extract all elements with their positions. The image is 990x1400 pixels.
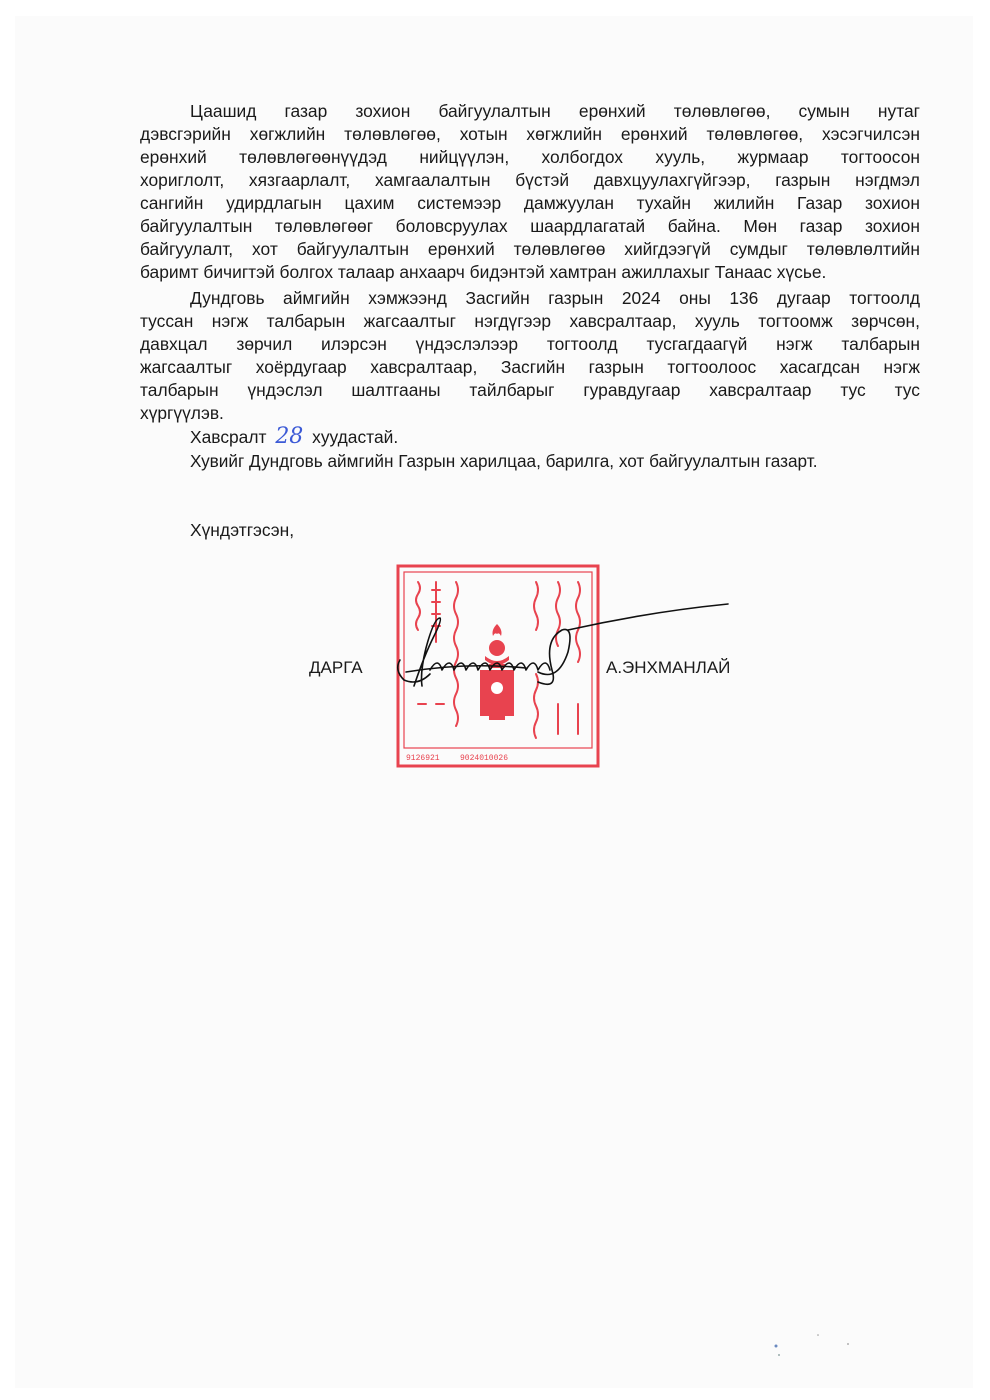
attachment-page-count: 28 (275, 424, 303, 449)
paragraph-line: Цаашидгазарзохионбайгуулалтынерөнхийтөлө… (190, 100, 920, 123)
closing-salutation: Хүндэтгэсэн, (190, 519, 920, 542)
paragraph-line: баримт бичигтэй болгох талаар анхаарч би… (140, 261, 826, 284)
paragraph-line: талбарынүндэслэлшалтгаанытайлбарыггуравд… (140, 379, 920, 402)
paragraph-line: хориглолт,хязгаарлалт,хамгаалалтынбүстэй… (140, 169, 920, 192)
scan-artifacts (760, 1330, 860, 1370)
stamp-registry-left: 9126921 (406, 754, 440, 763)
paragraph-line: туссаннэгжталбарынжагсаалтыгнэгдүгээрхав… (140, 310, 920, 333)
paragraph-line: байгуулалтынтөлөвлөгөөгболовсруулахшаард… (140, 215, 920, 238)
attachment-line: Хавсралт 28 хуудастай. (190, 425, 920, 449)
paragraph-line: жагсаалтыгхоёрдугаархавсралтаар,Засгийнг… (140, 356, 920, 379)
handwritten-signature (388, 600, 733, 690)
stamp-registry-right: 9024010026 (460, 754, 508, 763)
signatory-title: ДАРГА (309, 658, 363, 678)
attachment-prefix: Хавсралт (190, 427, 266, 447)
paragraph-line: сангийнудирдлагынцахимсистемээрдамжуулан… (140, 192, 920, 215)
paragraph-line: ДундговьаймгийнхэмжээндЗасгийнгазрын2024… (190, 287, 920, 310)
attachment-suffix: хуудастай. (312, 427, 398, 447)
copy-to-line: Хувийг Дундговь аймгийн Газрын харилцаа,… (190, 450, 920, 473)
paragraph-line: ерөнхийтөлөвлөгөөнүүдэднийцүүлэн,холбогд… (140, 146, 920, 169)
paragraph-line: байгуулалт,хотбайгуулалтынерөнхийтөлөвлө… (140, 238, 920, 261)
paragraph-line: давхцалзөрчилилэрсэнүндэслэлээртогтоолдт… (140, 333, 920, 356)
paragraph-line: хүргүүлэв. (140, 402, 224, 425)
paragraph-line: дэвсгэрийнхөгжлийнтөлөвлөгөө,хотынхөгжли… (140, 123, 920, 146)
